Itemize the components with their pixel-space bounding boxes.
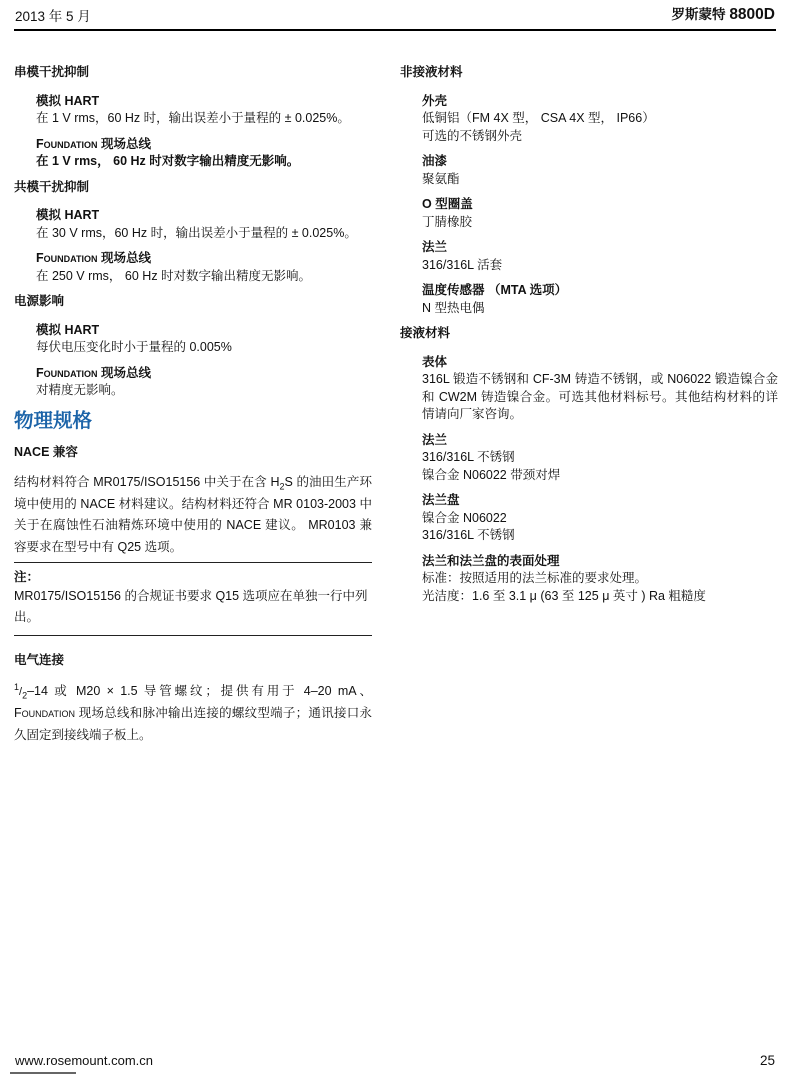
footer-rule-fragment [10,1072,76,1074]
section-title-electrical: 电气连接 [14,652,372,670]
material-item-temp-sensor: 温度传感器 （MTA 选项） N 型热电偶 [422,282,778,317]
spec-body: 对精度无影响。 [36,382,372,400]
material-line: 316/316L 不锈钢 [422,449,778,467]
material-item-surface-finish: 法兰和法兰盘的表面处理 标准：按照适用的法兰标准的要求处理。 光洁度：1.6 至… [422,553,778,606]
material-line: 316/316L 不锈钢 [422,527,778,545]
section-title-power-effect: 电源影响 [14,293,372,311]
document-page: 2013 年 5 月 罗斯蒙特 8800D 串模干扰抑制 模拟 HART 在 1… [0,0,790,1076]
material-item-flange-plate: 法兰盘 镍合金 N06022 316/316L 不锈钢 [422,492,778,545]
foundation-wordmark: Foundation [36,137,97,151]
section-title-nace: NACE 兼容 [14,444,372,462]
header-product: 罗斯蒙特 8800D [672,6,775,24]
material-line: N 型热电偶 [422,300,778,318]
material-title: 油漆 [422,153,778,171]
material-title: O 型圈盖 [422,196,778,214]
nace-paragraph: 结构材料符合 MR0175/ISO15156 中关于在含 H2S 的油田生产环境… [14,472,372,558]
spec-block-fieldbus: Foundation 现场总线 在 250 V rms， 60 Hz 时对数字输… [36,250,372,285]
spec-title: Foundation 现场总线 [36,365,372,383]
spec-body: 在 30 V rms，60 Hz 时，输出误差小于量程的 ± 0.025%。 [36,225,372,243]
material-title: 外壳 [422,93,778,111]
material-item-housing: 外壳 低铜铝（FM 4X 型， CSA 4X 型， IP66） 可选的不锈钢外壳 [422,93,778,146]
header-model: 8800D [729,6,775,23]
spec-body: 在 1 V rms，60 Hz 时，输出误差小于量程的 ± 0.025%。 [36,110,372,128]
chapter-title-physical-specs: 物理规格 [14,408,372,434]
spec-body: 每伏电压变化时小于量程的 0.005% [36,339,372,357]
material-item-paint: 油漆 聚氨酯 [422,153,778,188]
note-body: MR0175/ISO15156 的合规证书要求 Q15 选项应在单独一行中列出。 [14,586,372,628]
spec-block-fieldbus: Foundation 现场总线 在 1 V rms， 60 Hz 时对数字输出精… [36,136,372,171]
foundation-wordmark: Foundation [36,366,97,380]
right-column: 非接液材料 外壳 低铜铝（FM 4X 型， CSA 4X 型， IP66） 可选… [400,56,778,613]
foundation-wordmark: Foundation [36,251,97,265]
spec-block-fieldbus: Foundation 现场总线 对精度无影响。 [36,365,372,400]
note-label: 注： [14,568,372,586]
section-title-wetted: 接液材料 [400,325,778,343]
material-line: 标准：按照适用的法兰标准的要求处理。 [422,570,778,588]
spec-block-analog-hart: 模拟 HART 在 30 V rms，60 Hz 时，输出误差小于量程的 ± 0… [36,207,372,242]
material-item-oring: O 型圈盖 丁腈橡胶 [422,196,778,231]
spec-block-analog-hart: 模拟 HART 每伏电压变化时小于量程的 0.005% [36,322,372,357]
section-title-nonwetted: 非接液材料 [400,64,778,82]
spec-block-analog-hart: 模拟 HART 在 1 V rms，60 Hz 时，输出误差小于量程的 ± 0.… [36,93,372,128]
spec-title: Foundation 现场总线 [36,250,372,268]
header-rule [14,29,776,31]
spec-title: 模拟 HART [36,207,372,225]
material-line: 丁腈橡胶 [422,214,778,232]
material-title: 法兰和法兰盘的表面处理 [422,553,778,571]
foundation-wordmark: Foundation [14,706,75,720]
spec-title: 模拟 HART [36,93,372,111]
spec-title: 模拟 HART [36,322,372,340]
footer-url-link[interactable]: www.rosemount.com.cn [15,1052,153,1070]
header-brand: 罗斯蒙特 [672,7,730,22]
material-title: 法兰 [422,432,778,450]
material-title: 法兰 [422,239,778,257]
material-line: 镍合金 N06022 [422,510,778,528]
footer-page-number: 25 [760,1052,775,1070]
section-title-common-mode: 共模干扰抑制 [14,179,372,197]
electrical-paragraph: 1/2–14 或 M20 × 1.5 导管螺纹；提供有用于 4–20 mA、Fo… [14,681,372,747]
material-line: 镍合金 N06022 带颈对焊 [422,467,778,485]
material-title: 表体 [422,354,778,372]
material-line: 光洁度：1.6 至 3.1 μ (63 至 125 μ 英寸 ) Ra 粗糙度 [422,588,778,606]
material-line: 聚氨酯 [422,171,778,189]
note-block: 注： MR0175/ISO15156 的合规证书要求 Q15 选项应在单独一行中… [14,562,372,636]
material-line: 低铜铝（FM 4X 型， CSA 4X 型， IP66） [422,110,778,128]
material-item-flange-wetted: 法兰 316/316L 不锈钢 镍合金 N06022 带颈对焊 [422,432,778,485]
material-line: 可选的不锈钢外壳 [422,128,778,146]
material-line: 316/316L 活套 [422,257,778,275]
spec-body: 在 250 V rms， 60 Hz 时对数字输出精度无影响。 [36,268,372,286]
material-title: 法兰盘 [422,492,778,510]
material-line: 316L 锻造不锈钢和 CF-3M 铸造不锈钢，或 N06022 锻造镍合金和 … [422,371,778,424]
left-column: 串模干扰抑制 模拟 HART 在 1 V rms，60 Hz 时，输出误差小于量… [14,56,372,750]
spec-title: Foundation 现场总线 [36,136,372,154]
material-title: 温度传感器 （MTA 选项） [422,282,778,300]
material-item-body: 表体 316L 锻造不锈钢和 CF-3M 铸造不锈钢，或 N06022 锻造镍合… [422,354,778,424]
spec-body: 在 1 V rms， 60 Hz 时对数字输出精度无影响。 [36,153,372,171]
header-date: 2013 年 5 月 [15,8,91,26]
section-title-series-mode: 串模干扰抑制 [14,64,372,82]
material-item-flange: 法兰 316/316L 活套 [422,239,778,274]
